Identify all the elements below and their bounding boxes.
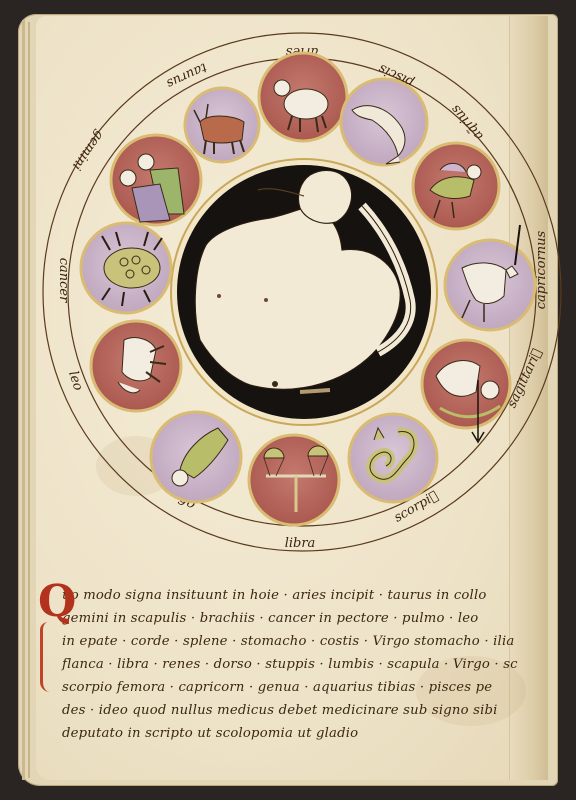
manuscript-text: Q uo modo signa insituunt in hoie · arie…: [62, 584, 532, 745]
label-gemini: gemini: [69, 127, 107, 172]
text-line: des · ideo quod nullus medicus debet med…: [62, 699, 532, 722]
label-cancer: cancer: [56, 258, 71, 303]
medallion-gemini: [111, 135, 201, 225]
medallion-capricorn: [445, 225, 535, 330]
medallion-aries: [259, 53, 347, 141]
text-line: uo modo signa insituunt in hoie · aries …: [62, 584, 532, 607]
margin-mark: [500, 570, 516, 590]
text-line: flanca · libra · renes · dorso · stuppis…: [62, 653, 532, 676]
central-medallion: [171, 159, 437, 425]
medallion-virgo: [151, 412, 241, 502]
rubric-initial-flourish: [40, 622, 51, 692]
medallion-libra: [249, 435, 339, 525]
text-line: scorpio femora · capricorn · genua · aqu…: [62, 676, 532, 699]
label-libra: libra: [285, 536, 316, 551]
label-aquarius: aq̃rius: [448, 101, 486, 143]
medallion-leo: [91, 321, 181, 411]
medallion-scorpio: [349, 414, 437, 502]
medallion-pisces: [341, 79, 427, 165]
text-line: in epate · corde · splene · stomacho · c…: [62, 630, 532, 653]
medallion-cancer: [81, 223, 171, 313]
rubric-initial: Q: [38, 580, 76, 624]
medallion-sagittarius: [422, 340, 510, 442]
text-line: gemini in scapulis · brachiis · cancer i…: [62, 607, 532, 630]
text-line: deputato in scripto ut scolopomia ut gla…: [62, 722, 532, 745]
label-taurus: taurus: [164, 59, 209, 91]
zodiac-diagram: aries piscis aq̃rius capricornus sagitta…: [0, 0, 576, 600]
label-capricorn: capricornus: [534, 230, 549, 309]
medallion-taurus: [185, 88, 259, 162]
medallion-aquarius: [413, 143, 499, 229]
